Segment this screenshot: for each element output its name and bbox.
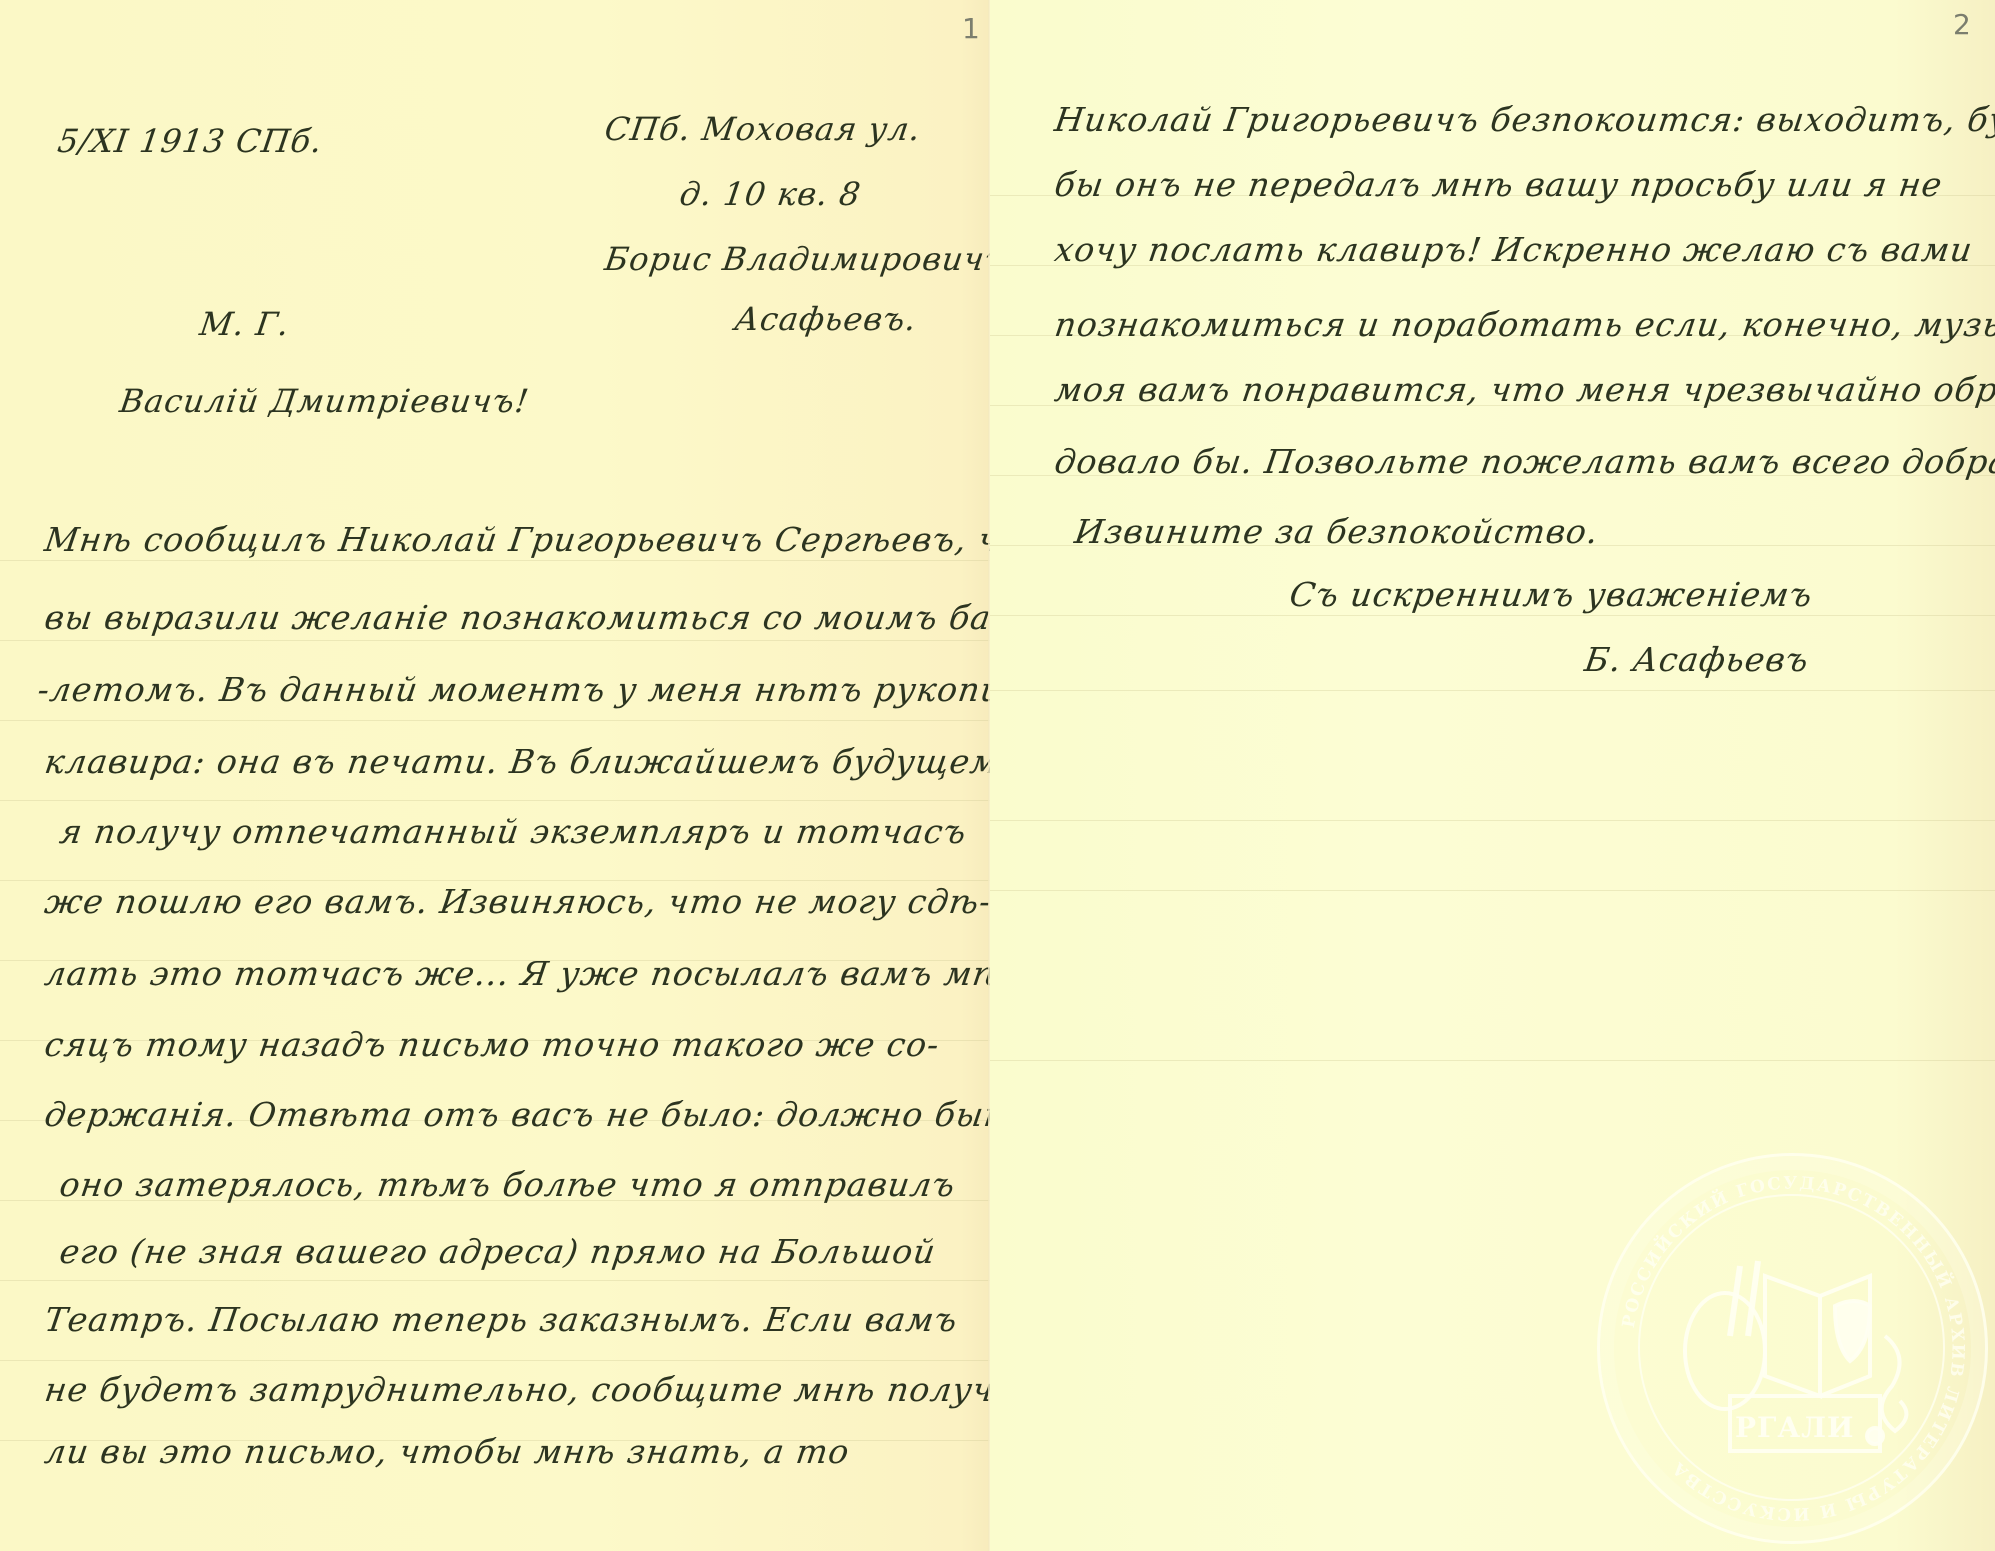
stamp-label: РГАЛИ (1735, 1411, 1854, 1444)
body-line: сяцъ тому назадъ письмо точно такого же … (42, 1025, 942, 1064)
ruled-line (0, 560, 990, 561)
body-line: его (не зная вашего адреса) прямо на Бол… (57, 1232, 938, 1271)
body-line: я получу отпечатанный экземпляръ и тотча… (57, 812, 969, 851)
folio-number: 2 (1953, 8, 1971, 41)
ruled-line (990, 890, 1995, 891)
body-line: лать это тотчасъ же... Я уже посылалъ ва… (42, 954, 1018, 993)
sender-address-house: д. 10 кв. 8 (677, 175, 863, 213)
letter-date: 5/XI 1913 СПб. (55, 122, 325, 160)
signature: Б. Асафьевъ (1582, 640, 1811, 679)
body-line: вы выразили желаніе познакомиться со мои… (42, 598, 1006, 637)
body-line: моя вамъ понравится, что меня чрезвычайн… (1052, 370, 1995, 409)
archive-stamp: РОССИЙСКИЙ ГОСУДАРСТВЕННЫЙ АРХИВ ЛИТЕРАТ… (1597, 1153, 1988, 1544)
body-line: не будетъ затруднительно, сообщите мнѣ п… (42, 1370, 1063, 1409)
ruled-line (990, 1060, 1995, 1061)
body-line: же пошлю его вамъ. Извиняюсь, что не мог… (42, 882, 994, 921)
sender-surname: Асафьевъ. (732, 300, 919, 338)
ruled-line (0, 720, 990, 721)
ruled-line (990, 615, 1995, 616)
ruled-line (0, 800, 990, 801)
ruled-line (0, 640, 990, 641)
ruled-line (990, 690, 1995, 691)
salutation-abbrev: М. Г. (197, 305, 292, 343)
body-line: довало бы. Позвольте пожелать вамъ всего… (1052, 442, 1995, 481)
sender-name: Борис Владимировичъ (602, 240, 1010, 278)
body-line: Николай Григорьевичъ безпокоится: выходи… (1052, 100, 1995, 139)
body-line: клавира: она въ печати. Въ ближайшемъ бу… (42, 742, 1024, 781)
body-line: Театръ. Посылаю теперь заказнымъ. Если в… (42, 1300, 960, 1339)
body-line: ли вы это письмо, чтобы мнѣ знать, а то (42, 1432, 852, 1471)
body-line: хочу послать клавиръ! Искренно желаю съ … (1052, 230, 1975, 269)
body-line: -летомъ. Въ данный моментъ у меня нѣтъ р… (35, 670, 1047, 709)
letter-page-1: 1 5/XI 1913 СПб. СПб. Моховая ул. д. 10 … (0, 0, 990, 1551)
ruled-line (0, 1360, 990, 1361)
body-line: оно затерялось, тѣмъ болѣе что я отправи… (57, 1165, 958, 1204)
body-line: бы онъ не передалъ мнѣ вашу просьбу или … (1052, 165, 1945, 204)
ruled-line (990, 820, 1995, 821)
closing: Съ искреннимъ уваженіемъ (1287, 575, 1815, 614)
treble-clef-icon (1882, 1336, 1907, 1431)
open-book-icon (1765, 1276, 1820, 1396)
body-line: Извините за безпокойство. (1072, 512, 1601, 551)
folio-number: 1 (962, 12, 980, 45)
ruled-line (0, 880, 990, 881)
ruled-line (0, 1280, 990, 1281)
body-line: держанія. Отвѣта отъ васъ не было: должн… (42, 1095, 1038, 1134)
theatre-mask-icon (1835, 1301, 1870, 1361)
sender-address-street: СПб. Моховая ул. (602, 110, 923, 148)
salutation: Василій Дмитріевичъ! (117, 382, 531, 420)
body-line: Мнѣ сообщилъ Николай Григорьевичъ Сергѣе… (42, 520, 1056, 559)
body-line: познакомиться и поработать если, конечно… (1052, 305, 1995, 344)
